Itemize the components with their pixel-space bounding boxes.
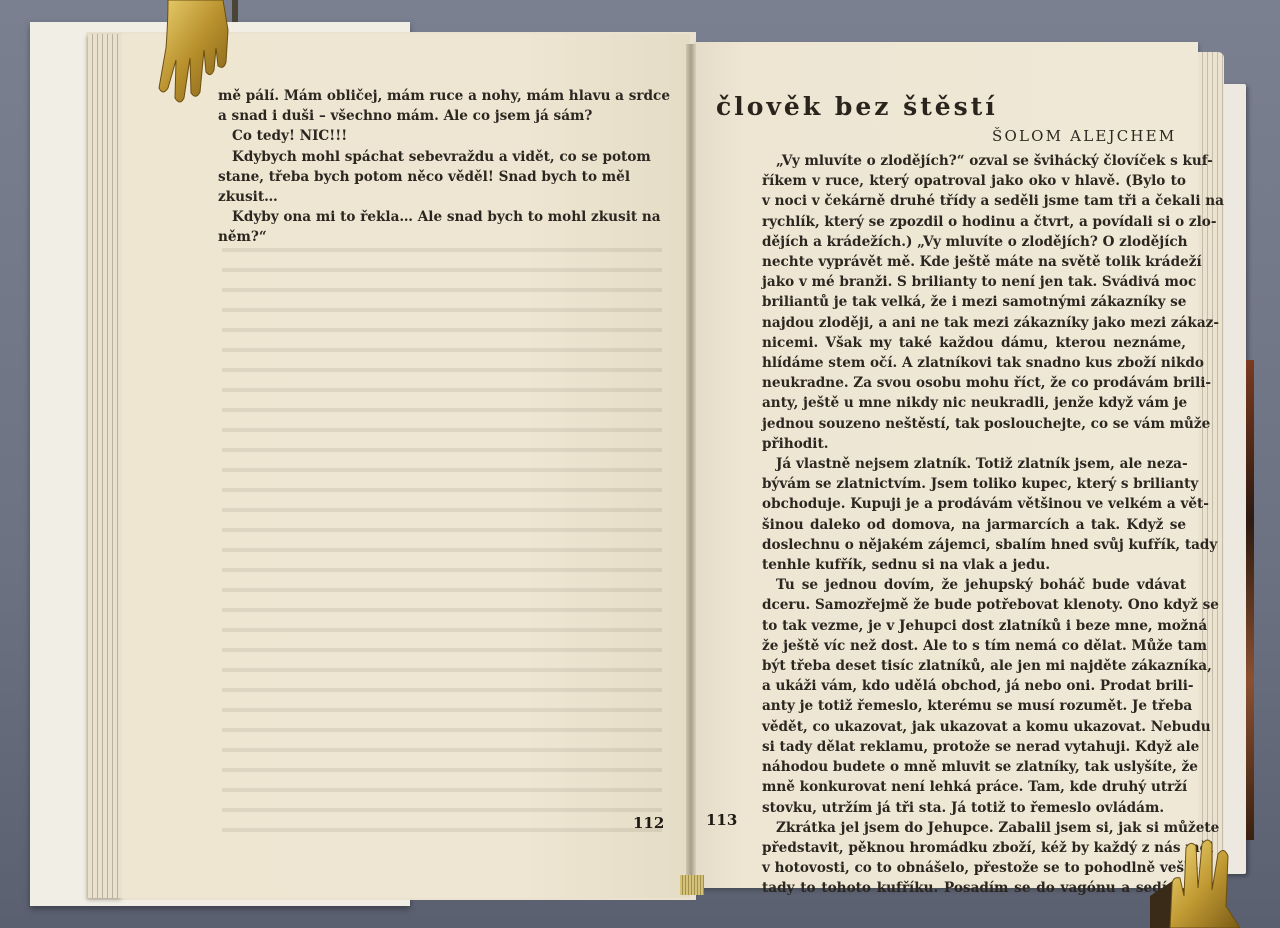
text-line: jednou souzeno neštěstí, tak poslouchejt… xyxy=(762,414,1186,434)
text-line: doslechnu o nějakém zájemci, sbalím hned… xyxy=(762,535,1186,555)
left-page-text: mě pálí. Mám obličej, mám ruce a nohy, m… xyxy=(218,86,630,248)
page-edges-left xyxy=(88,34,122,898)
text-line: „Vy mluvíte o zlodějích?“ ozval se švihá… xyxy=(762,151,1186,171)
cover-illustration-edge xyxy=(1246,360,1254,840)
text-line: Tu se jednou dovím, že jehupský boháč bu… xyxy=(762,575,1186,595)
text-line: obchoduje. Kupuji je a prodávám většinou… xyxy=(762,494,1186,514)
text-line: stovku, utržím já tři sta. Já totiž to ř… xyxy=(762,798,1186,818)
text-line: dějích a krádežích.) „Vy mluvíte o zlodě… xyxy=(762,232,1186,252)
page-number-left: 112 xyxy=(633,814,664,832)
page-number-right: 113 xyxy=(706,811,737,829)
chapter-title: člověk bez štěstí xyxy=(716,92,998,121)
text-line: anty je totiž řemeslo, kterému se musí r… xyxy=(762,696,1186,716)
text-line: si tady dělat reklamu, protože se nerad … xyxy=(762,737,1186,757)
page-edges-right xyxy=(1198,52,1224,882)
text-line: v hotovosti, co to obnášelo, přestože se… xyxy=(762,858,1186,878)
text-line: neukradne. Za svou osobu mohu říct, že c… xyxy=(762,373,1186,393)
text-line: mě pálí. Mám obličej, mám ruce a nohy, m… xyxy=(218,86,630,106)
text-line: hlídáme stem očí. A zlatníkovi tak snadn… xyxy=(762,353,1186,373)
text-line: rychlík, který se zpozdil o hodinu a čtv… xyxy=(762,212,1186,232)
text-line: Kdyby ona mi to řekla… Ale snad bych to … xyxy=(218,207,630,227)
author-name: ŠOLOM ALEJCHEM xyxy=(992,127,1176,145)
text-line: tenhle kufřík, sednu si na vlak a jedu. xyxy=(762,555,1186,575)
text-line: něm?“ xyxy=(218,227,630,247)
text-line: být třeba deset tisíc zlatníků, ale jen … xyxy=(762,656,1186,676)
text-line: dceru. Samozřejmě že bude potřebovat kle… xyxy=(762,595,1186,615)
text-line: že ještě víc než dost. Ale to s tím nemá… xyxy=(762,636,1186,656)
text-line: briliantů je tak velká, že i mezi samotn… xyxy=(762,292,1186,312)
text-line: přihodit. xyxy=(762,434,1186,454)
text-line: jako v mé branži. S brilianty to není je… xyxy=(762,272,1186,292)
text-line: Já vlastně nejsem zlatník. Totiž zlatník… xyxy=(762,454,1186,474)
text-line: Kdybych mohl spáchat sebevraždu a vidět,… xyxy=(218,147,630,167)
text-line: říkem v ruce, který opatroval jako oko v… xyxy=(762,171,1186,191)
text-line: a ukáži vám, kdo udělá obchod, já nebo o… xyxy=(762,676,1186,696)
book-gutter xyxy=(686,44,696,894)
text-line: mně konkurovat není lehká práce. Tam, kd… xyxy=(762,777,1186,797)
text-line: nicemi. Však my také každou dámu, kterou… xyxy=(762,333,1186,353)
text-line: najdou zloději, a ani ne tak mezi zákazn… xyxy=(762,313,1186,333)
text-line: představit, pěknou hromádku zboží, kéž b… xyxy=(762,838,1186,858)
text-line: šinou daleko od domova, na jarmarcích a … xyxy=(762,515,1186,535)
text-line: tady to tohoto kufříku. Posadím se do va… xyxy=(762,878,1186,898)
text-line: a snad i duši – všechno mám. Ale co jsem… xyxy=(218,106,630,126)
right-page-text: „Vy mluvíte o zlodějích?“ ozval se švihá… xyxy=(762,151,1186,899)
text-line: to tak vezme, je v Jehupci dost zlatníků… xyxy=(762,616,1186,636)
brass-hand-page-holder-top-icon[interactable] xyxy=(128,0,238,112)
headband xyxy=(680,875,704,895)
text-line: v noci v čekárně druhé třídy a seděli js… xyxy=(762,191,1186,211)
text-line: Co tedy! NIC!!! xyxy=(218,126,630,146)
show-through-text xyxy=(222,238,662,838)
brass-hand-page-holder-bottom-icon[interactable] xyxy=(1150,836,1250,928)
text-line: Zkrátka jel jsem do Jehupce. Zabalil jse… xyxy=(762,818,1186,838)
text-line: nechte vyprávět mě. Kde ještě máte na sv… xyxy=(762,252,1186,272)
text-line: náhodou budete o mně mluvit se zlatníky,… xyxy=(762,757,1186,777)
text-line: bývám se zlatnictvím. Jsem toliko kupec,… xyxy=(762,474,1186,494)
text-line: stane, třeba bych potom něco věděl! Snad… xyxy=(218,167,630,187)
text-line: zkusit… xyxy=(218,187,630,207)
text-line: vědět, co ukazovat, jak ukazovat a komu … xyxy=(762,717,1186,737)
text-line: anty, ještě u mne nikdy nic neukradli, j… xyxy=(762,393,1186,413)
